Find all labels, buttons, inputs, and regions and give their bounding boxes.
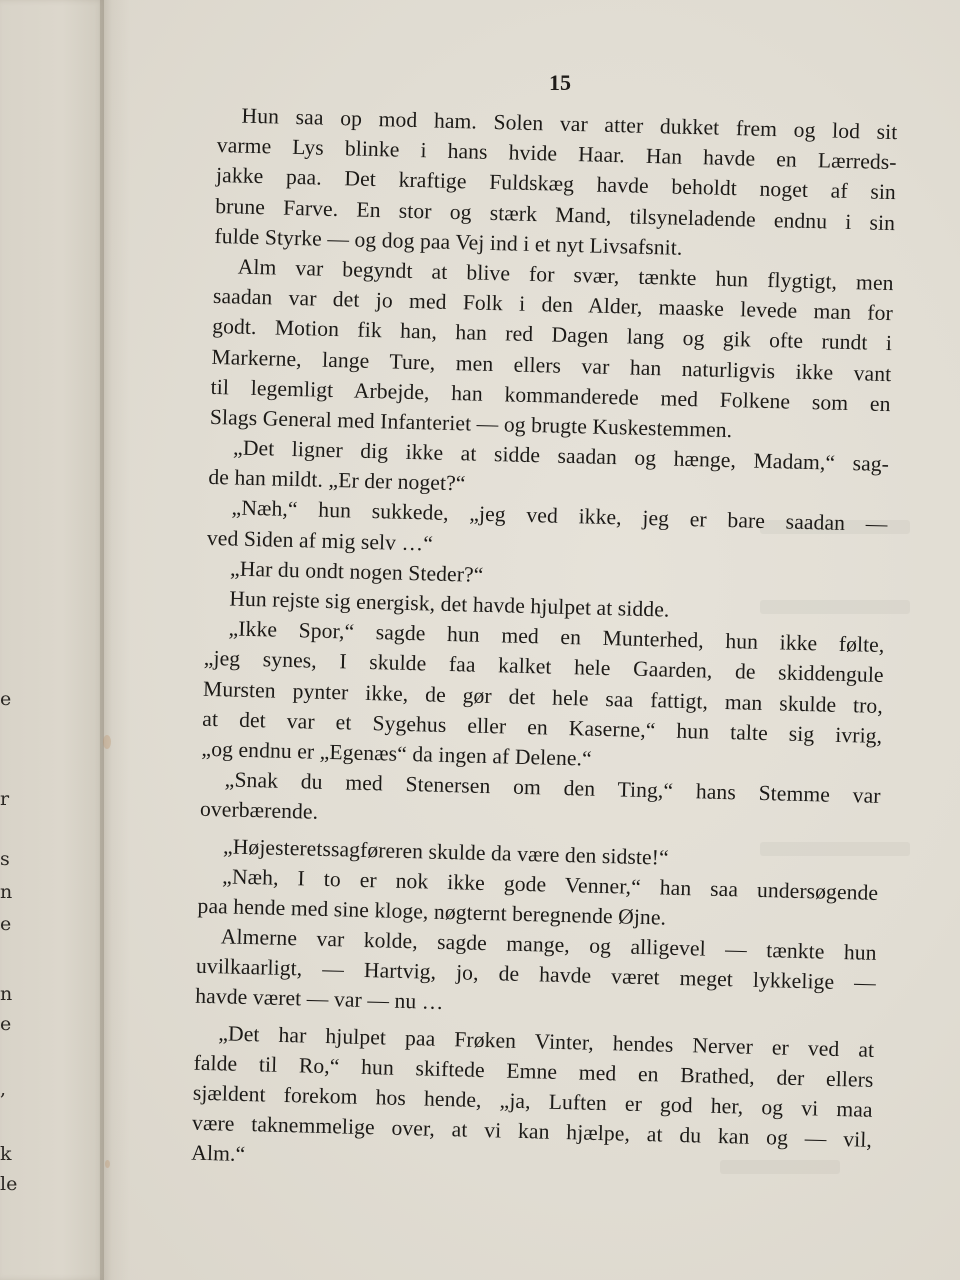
left-page-fragment: n [0, 883, 12, 902]
left-page: e r s n e n e , k le [0, 0, 104, 1280]
left-page-fragment: , [0, 1080, 6, 1099]
left-page-fragment: e [0, 915, 11, 934]
paragraph: Almerne var kolde, sagde mange, og allig… [195, 921, 877, 1029]
left-page-fragment: r [0, 790, 9, 809]
left-page-fragment: e [0, 690, 11, 709]
left-page-fragment: n [0, 985, 12, 1004]
paragraph: Alm var begyndt at blive for svær, tænkt… [210, 251, 894, 449]
paper-stain [105, 1160, 110, 1168]
paragraph: Hun saa op mod ham. Solen var atter dukk… [214, 100, 898, 268]
paragraph: „Ikke Spor,“ sagde hun med en Munterhed,… [201, 613, 885, 781]
book-spread-photo: e r s n e n e , k le 15 Hun saa op mod h… [0, 0, 960, 1280]
page-number: 15 [549, 70, 571, 96]
body-text: Hun saa op mod ham. Solen var atter dukk… [191, 100, 898, 1185]
left-page-text-fragments: e r s n e n e , k le [0, 0, 20, 1280]
paper-stain [103, 735, 111, 749]
left-page-fragment: k [0, 1145, 12, 1164]
book-gutter [100, 0, 130, 1280]
left-page-fragment: e [0, 1015, 11, 1034]
paragraph: „Det har hjulpet paa Frøken Vinter, hend… [191, 1017, 875, 1185]
left-page-fragment: le [0, 1175, 17, 1194]
left-page-fragment: s [0, 850, 10, 869]
